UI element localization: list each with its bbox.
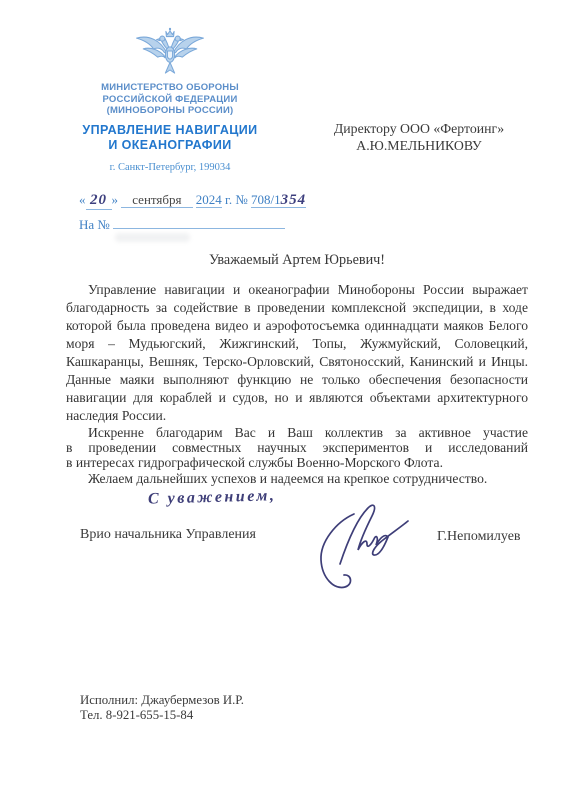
body-line: Искренне благодарим Вас и Ваш коллектив … [66, 425, 528, 440]
handwritten-day: 20 [86, 192, 112, 210]
scanned-letter-page: МИНИСТЕРСТВО ОБОРОНЫ РОССИЙСКОЙ ФЕДЕРАЦИ… [0, 0, 566, 800]
executor-line: Исполнил: Джаубермезов И.Р. [80, 693, 244, 708]
footer-block: Исполнил: Джаубермезов И.Р. Тел. 8-921-6… [80, 693, 244, 723]
recipient-title: Директору ООО «Фертоинг» [330, 120, 508, 137]
body-line: Желаем дальнейших успехов и надеемся на … [66, 471, 528, 486]
reference-label: На № [79, 217, 110, 232]
body-line: моря – Мудьюгский, Жижгинский, Топы, Жуж… [66, 335, 528, 353]
handwritten-number: 354 [281, 192, 307, 208]
ministry-header: МИНИСТЕРСТВО ОБОРОНЫ РОССИЙСКОЙ ФЕДЕРАЦИ… [84, 82, 256, 117]
signer-name: Г.Непомилуев [437, 529, 521, 545]
phone-line: Тел. 8-921-655-15-84 [80, 708, 244, 723]
double-headed-eagle-emblem-icon [134, 25, 206, 79]
city-line: г. Санкт-Петербург, 199034 [84, 162, 256, 173]
number-printed: 708/1 [251, 192, 281, 207]
ministry-line: (МИНОБОРОНЫ РОССИИ) [84, 105, 256, 117]
reference-line: На № [79, 216, 285, 233]
body-line: в интересах гидрографической службы Воен… [66, 455, 528, 470]
body-line: Данные маяки выполняют функцию не только… [66, 371, 528, 389]
recipient-block: Директору ООО «Фертоинг» А.Ю.МЕЛЬНИКОВУ [330, 120, 508, 154]
outgoing-number: 708/1354 [251, 192, 306, 208]
year-suffix: г. № [225, 192, 248, 207]
body-line: Кашкаранцы, Вешняк, Терско-Орловский, Св… [66, 353, 528, 371]
recipient-name: А.Ю.МЕЛЬНИКОВУ [330, 137, 508, 154]
month-typed: сентября [121, 192, 192, 208]
date-line: «20» сентября 2024 г. № 708/1354 [79, 192, 306, 210]
department-line: И ОКЕАНОГРАФИИ [74, 138, 266, 153]
reference-blank-line [113, 216, 285, 229]
department-header: УПРАВЛЕНИЕ НАВИГАЦИИ И ОКЕАНОГРАФИИ [74, 123, 266, 153]
ministry-line: МИНИСТЕРСТВО ОБОРОНЫ [84, 82, 256, 94]
salutation: Уважаемый Артем Юрьевич! [66, 252, 528, 269]
scan-smudge [115, 233, 190, 242]
body-line: благодарность за содействие в проведении… [66, 299, 528, 317]
body-line: навигации для кораблей и судов, но и явл… [66, 389, 528, 407]
body-line: наследия России. [66, 407, 528, 425]
letter-body: Управление навигации и океанографии Мино… [66, 281, 528, 486]
ministry-line: РОССИЙСКОЙ ФЕДЕРАЦИИ [84, 94, 256, 106]
year: 2024 [196, 192, 222, 208]
department-line: УПРАВЛЕНИЕ НАВИГАЦИИ [74, 123, 266, 138]
signer-position-title: Врио начальника Управления [80, 527, 256, 543]
body-line: Управление навигации и океанографии Мино… [66, 281, 528, 299]
body-line: в проведении совместных научных эксперим… [66, 440, 528, 455]
body-line: которой была проведена видео и аэрофотос… [66, 317, 528, 335]
handwritten-signature-icon [300, 498, 425, 593]
close-quote: » [112, 192, 119, 207]
